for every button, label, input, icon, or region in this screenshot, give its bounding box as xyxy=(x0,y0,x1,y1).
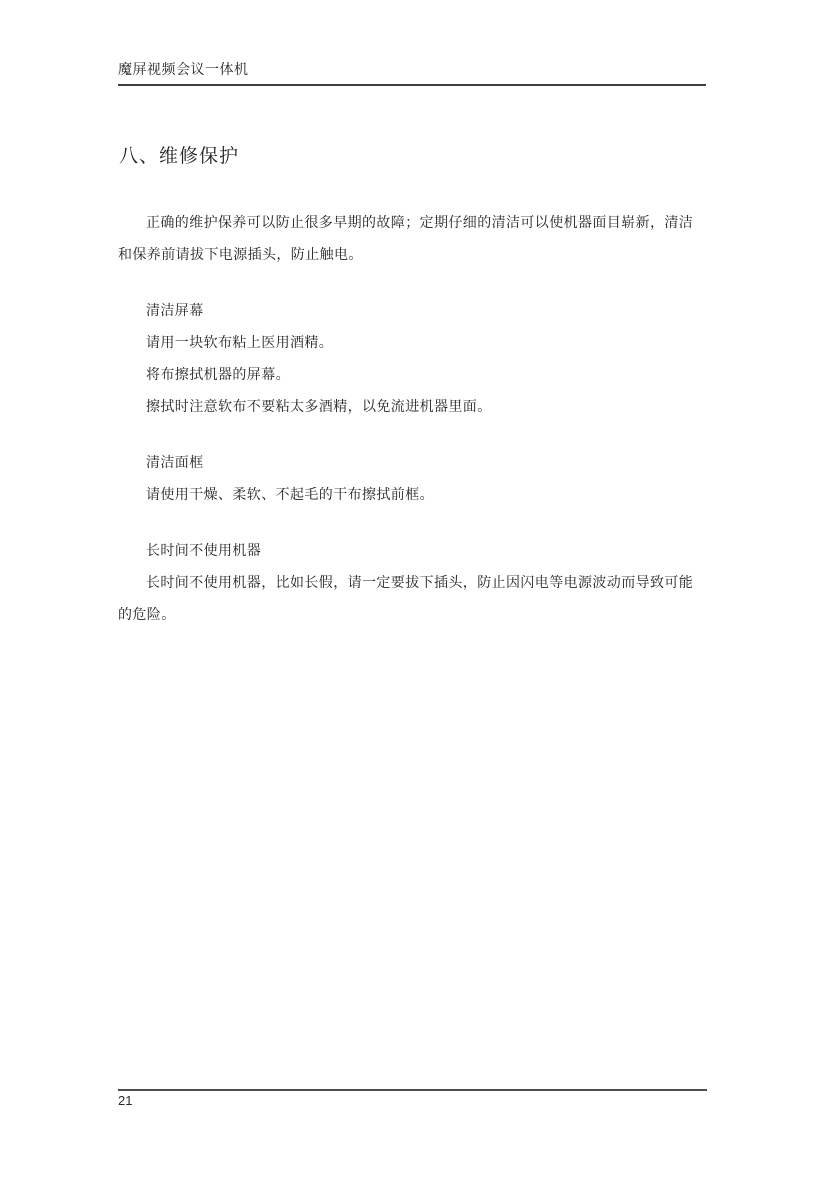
section-heading-clean-screen: 清洁屏幕 xyxy=(118,294,708,326)
section-line: 长时间不使用机器，比如长假，请一定要拔下插头，防止因闪电等电源波动而导致可能 xyxy=(118,566,708,598)
intro-line-1: 正确的维护保养可以防止很多早期的故障；定期仔细的清洁可以使机器面目崭新，清洁 xyxy=(118,206,708,238)
section-line: 将布擦拭机器的屏幕。 xyxy=(118,358,708,390)
document-page: 魔屏视频会议一体机 八、维修保护 正确的维护保养可以防止很多早期的故障；定期仔细… xyxy=(0,0,822,1180)
page-header: 魔屏视频会议一体机 xyxy=(118,60,706,86)
section-line: 擦拭时注意软布不要粘太多酒精，以免流进机器里面。 xyxy=(118,390,708,422)
page-number: 21 xyxy=(118,1091,707,1109)
header-title: 魔屏视频会议一体机 xyxy=(118,60,706,79)
section-heading-long-idle: 长时间不使用机器 xyxy=(118,534,708,566)
page-title: 八、维修保护 xyxy=(119,141,239,168)
section-heading-clean-frame: 清洁面框 xyxy=(118,446,708,478)
page-footer: 21 xyxy=(118,1089,707,1109)
intro-line-2: 和保养前请拔下电源插头，防止触电。 xyxy=(118,238,708,270)
document-body: 正确的维护保养可以防止很多早期的故障；定期仔细的清洁可以使机器面目崭新，清洁 和… xyxy=(118,206,708,630)
section-line: 请使用干燥、柔软、不起毛的干布擦拭前框。 xyxy=(118,478,708,510)
section-line: 请用一块软布粘上医用酒精。 xyxy=(118,326,708,358)
section-line: 的危险。 xyxy=(118,598,708,630)
